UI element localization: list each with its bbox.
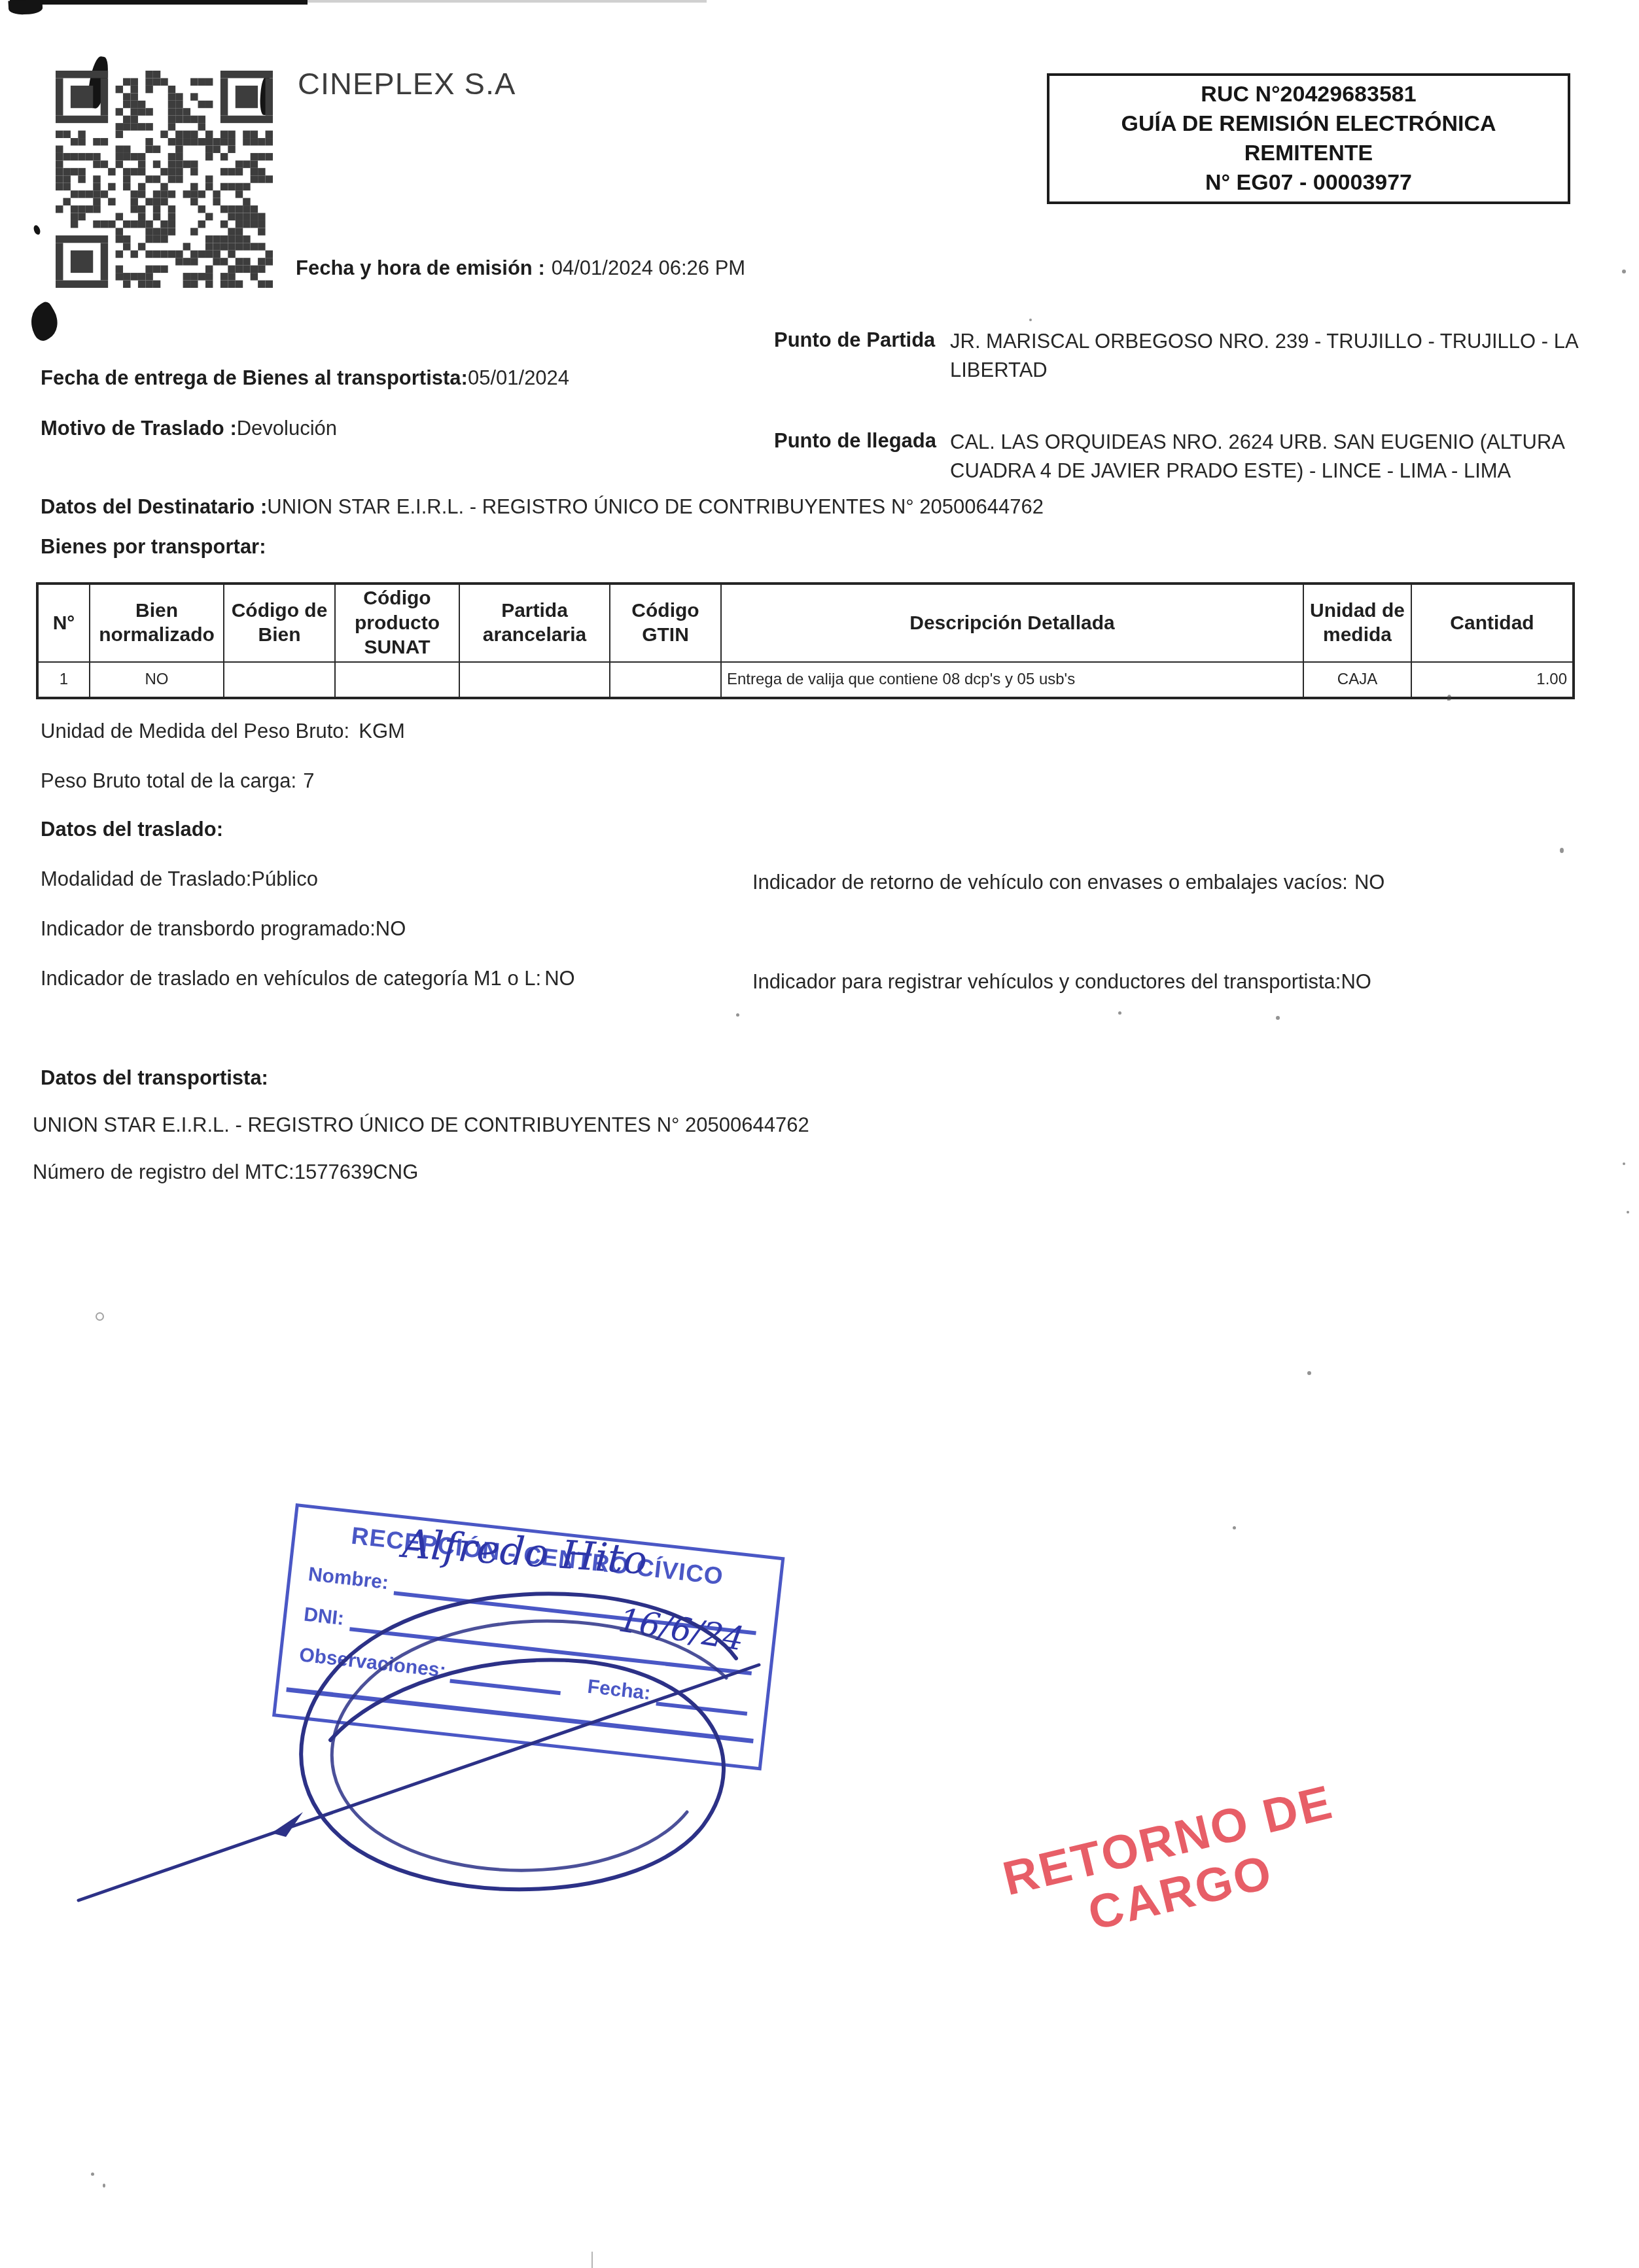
origin-value: JR. MARISCAL ORBEGOSO NRO. 239 - TRUJILL…	[950, 327, 1588, 385]
mtc-registration-line: Número de registro del MTC:1577639CNG	[33, 1160, 418, 1184]
cell-unidad-medida: CAJA	[1303, 662, 1411, 698]
gross-weight-unit-value: KGM	[359, 720, 405, 742]
document-role: REMITENTE	[1244, 139, 1373, 168]
carrier-company: UNION STAR E.I.R.L. - REGISTRO ÚNICO DE …	[33, 1113, 809, 1137]
scan-speck	[1623, 1162, 1625, 1165]
scan-speck	[1560, 848, 1564, 853]
ruc-number: RUC N°20429683581	[1201, 80, 1416, 109]
scanned-dispatch-guide: CINEPLEX S.A RUC N°20429683581 GUÍA DE R…	[0, 0, 1639, 2268]
goods-section-title: Bienes por transportar:	[41, 535, 266, 559]
scan-speck	[1233, 1526, 1236, 1529]
gross-weight-unit-line: Unidad de Medida del Peso Bruto:KGM	[41, 720, 405, 743]
scan-speck	[1118, 1011, 1121, 1015]
qr-code	[49, 71, 279, 288]
emission-label: Fecha y hora de emisión :	[296, 256, 545, 279]
register-vehicles-indicator-label: Indicador para registrar vehículos y con…	[752, 970, 1341, 993]
col-header-codigo-bien: Código de Bien	[224, 584, 335, 662]
register-vehicles-indicator-value: NO	[1341, 970, 1371, 993]
retorno-de-cargo-stamp: RETORNO DE CARGO	[971, 1769, 1378, 1964]
cell-descripcion: Entrega de valija que contiene 08 dcp's …	[721, 662, 1303, 698]
delivery-date-line: Fecha de entrega de Bienes al transporti…	[41, 366, 569, 390]
scan-speck	[1627, 1211, 1629, 1213]
transshipment-indicator-value: NO	[376, 917, 406, 940]
m1-category-indicator-value: NO	[544, 967, 575, 990]
cell-cantidad: 1.00	[1411, 662, 1574, 698]
carrier-section-title: Datos del transportista:	[41, 1066, 268, 1090]
mtc-registration-value: 1577639CNG	[294, 1160, 419, 1183]
scan-artifact	[8, 0, 43, 15]
m1-category-indicator-label: Indicador de traslado en vehículos de ca…	[41, 967, 541, 990]
gross-weight-total-value: 7	[303, 769, 314, 792]
col-header-codigo-gtin: Código GTIN	[610, 584, 721, 662]
col-header-descripcion: Descripción Detallada	[721, 584, 1303, 662]
scan-speck	[96, 1312, 104, 1321]
transfer-mode-line: Modalidad de Traslado:Público	[41, 867, 318, 891]
scan-artifact	[23, 300, 65, 343]
scan-artifact	[591, 2252, 593, 2268]
company-name: CINEPLEX S.A	[298, 65, 516, 101]
transfer-reason-value: Devolución	[237, 417, 337, 440]
transfer-section-title: Datos del traslado:	[41, 818, 223, 841]
consignee-value: UNION STAR E.I.R.L. - REGISTRO ÚNICO DE …	[267, 495, 1044, 518]
scan-speck	[1029, 319, 1032, 321]
empty-packaging-indicator-value: NO	[1354, 871, 1385, 894]
consignee-label: Datos del Destinatario :	[41, 495, 267, 518]
goods-table-row: 1 NO Entrega de valija que contiene 08 d…	[37, 662, 1574, 698]
document-number: N° EG07 - 00003977	[1205, 168, 1412, 198]
transfer-reason-label: Motivo de Traslado :	[41, 417, 237, 440]
scan-speck	[736, 1013, 739, 1017]
delivery-date-value: 05/01/2024	[468, 366, 569, 389]
scan-speck	[1276, 1016, 1280, 1020]
destination-value: CAL. LAS ORQUIDEAS NRO. 2624 URB. SAN EU…	[950, 428, 1588, 485]
empty-packaging-indicator-line: Indicador de retorno de vehículo con env…	[752, 871, 1384, 894]
gross-weight-total-line: Peso Bruto total de la carga:7	[41, 769, 314, 793]
document-type: GUÍA DE REMISIÓN ELECTRÓNICA	[1121, 109, 1496, 139]
cell-bien-normalizado: NO	[90, 662, 224, 698]
col-header-codigo-sunat: Código producto SUNAT	[335, 584, 459, 662]
scan-artifact	[33, 224, 42, 236]
scan-artifact	[10, 0, 308, 5]
transfer-reason-line: Motivo de Traslado :Devolución	[41, 417, 337, 440]
mtc-registration-label: Número de registro del MTC:	[33, 1160, 294, 1183]
goods-table: N° Bien normalizado Código de Bien Códig…	[36, 582, 1575, 699]
transfer-mode-value: Público	[251, 867, 318, 890]
col-header-bien-normalizado: Bien normalizado	[90, 584, 224, 662]
emission-value: 04/01/2024 06:26 PM	[552, 256, 745, 279]
col-header-unidad-medida: Unidad de medida	[1303, 584, 1411, 662]
consignee-line: Datos del Destinatario :UNION STAR E.I.R…	[41, 495, 1044, 519]
emission-datetime: Fecha y hora de emisión :04/01/2024 06:2…	[296, 256, 745, 280]
goods-table-header-row: N° Bien normalizado Código de Bien Códig…	[37, 584, 1574, 662]
transfer-mode-label: Modalidad de Traslado:	[41, 867, 251, 890]
cell-codigo-sunat	[335, 662, 459, 698]
delivery-date-label: Fecha de entrega de Bienes al transporti…	[41, 366, 468, 389]
transshipment-indicator-label: Indicador de transbordo programado:	[41, 917, 376, 940]
col-header-numero: N°	[37, 584, 90, 662]
gross-weight-total-label: Peso Bruto total de la carga:	[41, 769, 296, 792]
cell-codigo-bien	[224, 662, 335, 698]
m1-category-indicator-line: Indicador de traslado en vehículos de ca…	[41, 967, 575, 990]
col-header-partida-arancelaria: Partida arancelaria	[459, 584, 610, 662]
cell-codigo-gtin	[610, 662, 721, 698]
signature-scribble	[75, 1524, 841, 1923]
register-vehicles-indicator-line: Indicador para registrar vehículos y con…	[752, 970, 1371, 994]
cell-partida-arancelaria	[459, 662, 610, 698]
scan-artifact	[308, 0, 707, 3]
scan-speck	[1622, 270, 1626, 273]
scan-speck	[103, 2184, 105, 2188]
col-header-cantidad: Cantidad	[1411, 584, 1574, 662]
transshipment-indicator-line: Indicador de transbordo programado:NO	[41, 917, 406, 941]
origin-label: Punto de Partida	[774, 328, 935, 352]
scan-speck	[1307, 1371, 1311, 1375]
document-id-box: RUC N°20429683581 GUÍA DE REMISIÓN ELECT…	[1047, 73, 1570, 204]
empty-packaging-indicator-label: Indicador de retorno de vehículo con env…	[752, 871, 1348, 894]
cell-numero: 1	[37, 662, 90, 698]
scan-speck	[1447, 695, 1451, 701]
destination-label: Punto de llegada	[774, 429, 936, 453]
gross-weight-unit-label: Unidad de Medida del Peso Bruto:	[41, 720, 349, 742]
scan-speck	[91, 2172, 94, 2176]
